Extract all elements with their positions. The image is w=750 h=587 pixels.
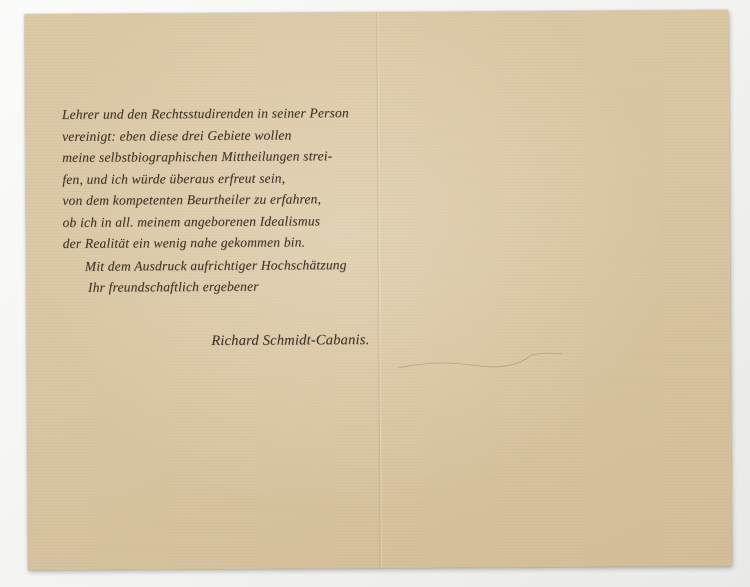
- handwritten-line: fen, und ich würde überaus erfreut sein,: [62, 166, 402, 190]
- handwritten-line: von dem kompetenten Beurtheiler zu erfah…: [62, 188, 402, 212]
- letter-paper: Lehrer und den Rechtsstudirenden in sein…: [24, 10, 731, 570]
- handwritten-line: meine selbstbiographischen Mittheilungen…: [62, 145, 402, 169]
- signature: Richard Schmidt-Cabanis.: [63, 329, 403, 353]
- handwritten-line: Lehrer und den Rechtsstudirenden in sein…: [62, 102, 402, 126]
- closing-line: Mit dem Ausdruck aufrichtiger Hochschätz…: [63, 253, 403, 277]
- handwritten-line: vereinigt: eben diese drei Gebiete wolle…: [62, 123, 402, 147]
- scan-background: Lehrer und den Rechtsstudirenden in sein…: [0, 0, 750, 587]
- letter-closing: Mit dem Ausdruck aufrichtiger Hochschätz…: [63, 253, 403, 298]
- handwritten-line: der Realität ein wenig nahe gekommen bin…: [63, 231, 403, 255]
- letter-body: Lehrer und den Rechtsstudirenden in sein…: [62, 102, 404, 353]
- closing-line: Ihr freundschaftlich ergebener: [63, 275, 403, 299]
- scratch-mark: [396, 341, 566, 376]
- handwritten-line: ob ich in all. meinem angeborenen Ideali…: [63, 209, 403, 233]
